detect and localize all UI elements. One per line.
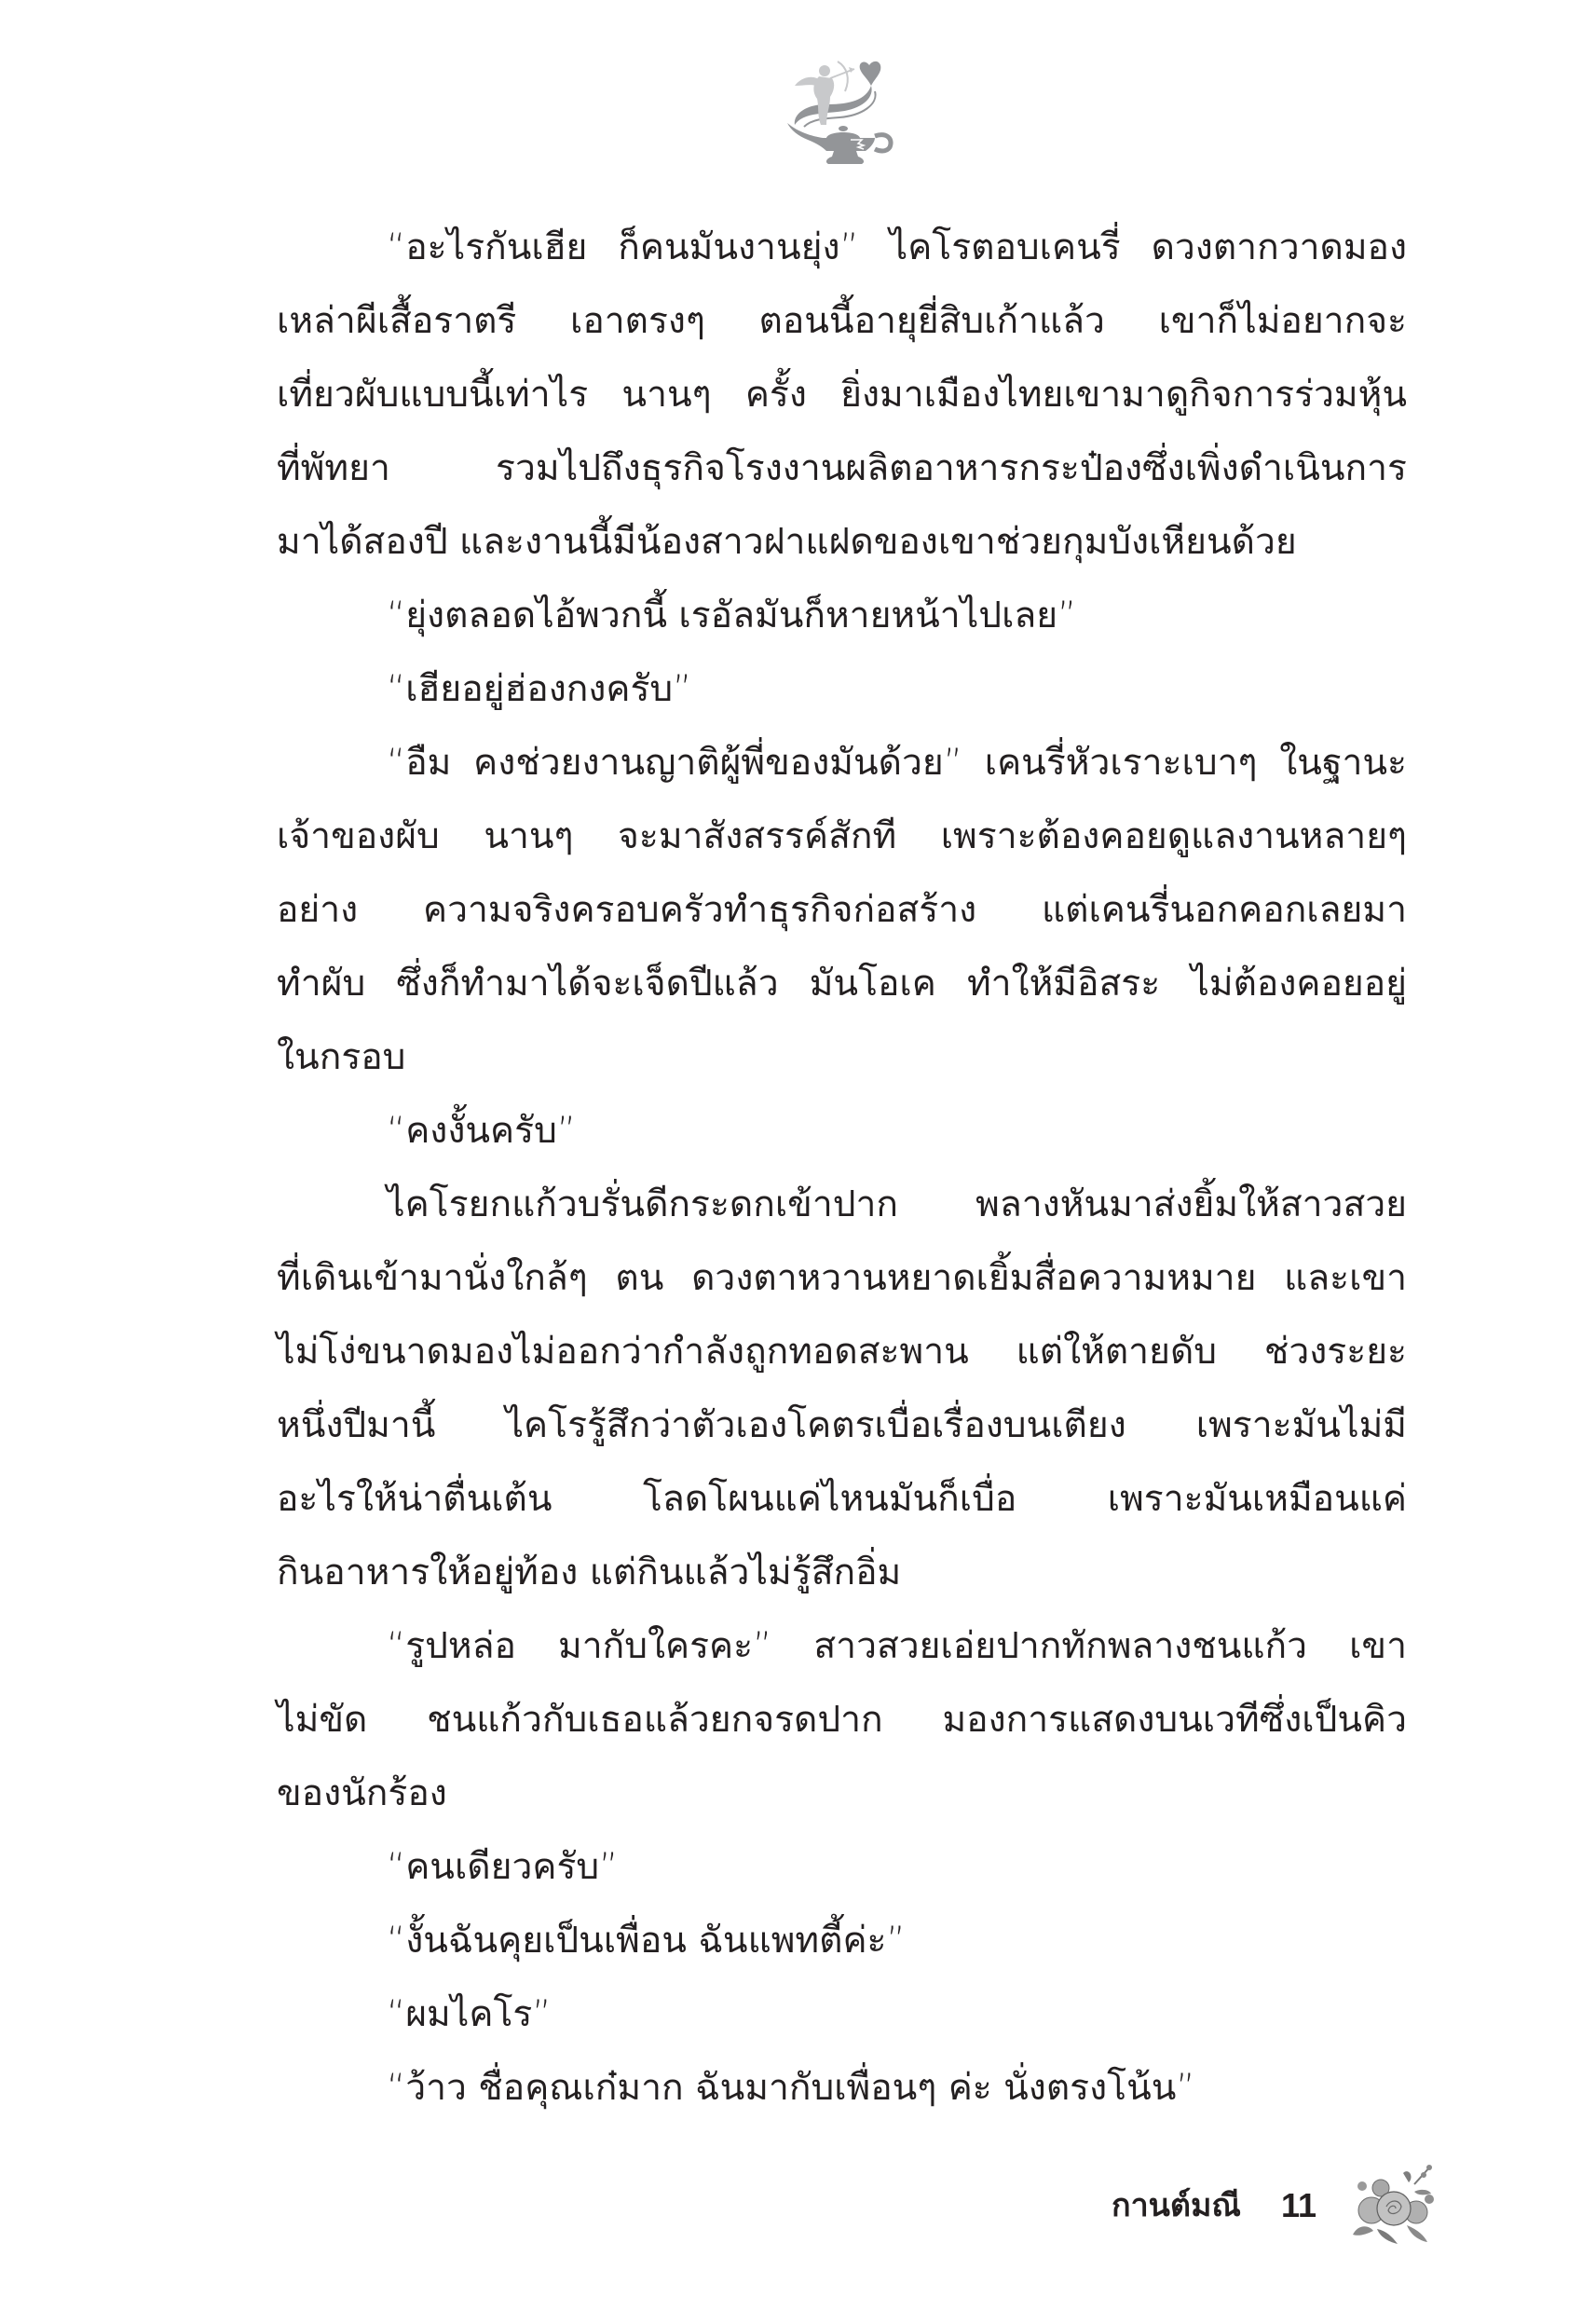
- book-title: กานต์มณี: [1112, 2183, 1241, 2228]
- paragraph-line: “อะไรกันเฮีย ก็คนมันงานยุ่ง” ไคโรตอบเคนร…: [277, 211, 1407, 284]
- paragraph-line: ไคโรยกแก้วบรั่นดีกระดกเข้าปาก พลางหันมาส…: [277, 1168, 1407, 1241]
- paragraph-line: เที่ยวผับแบบนี้เท่าไร นานๆ ครั้ง ยิ่งมาเ…: [277, 358, 1407, 431]
- dialogue-line: “เฮียอยู่ฮ่องกงครับ”: [277, 652, 1407, 726]
- paragraph-line: เหล่าผีเสื้อราตรี เอาตรงๆ ตอนนี้อายุยี่ส…: [277, 284, 1407, 358]
- dialogue-line: “ว้าว ชื่อคุณเก๋มาก ฉันมากับเพื่อนๆ ค่ะ …: [277, 2051, 1407, 2125]
- paragraph-line: หนึ่งปีมานี้ ไคโรรู้สึกว่าตัวเองโคตรเบื่…: [277, 1388, 1407, 1462]
- paragraph-line: “อืม คงช่วยงานญาติผู้พี่ของมันด้วย” เคนร…: [277, 726, 1407, 800]
- rose-bouquet-icon: [1349, 2164, 1439, 2248]
- dialogue-line: “คงงั้นครับ”: [277, 1094, 1407, 1168]
- dialogue-line: “ยุ่งตลอดไอ้พวกนี้ เรอัลมันก็หายหน้าไปเล…: [277, 579, 1407, 652]
- paragraph-line: มาได้สองปี และงานนี้มีน้องสาวฝาแฝดของเขา…: [277, 505, 1407, 579]
- paragraph-line: ไม่ขัด ชนแก้วกับเธอแล้วยกจรดปาก มองการแส…: [277, 1683, 1407, 1757]
- paragraph-line: ไม่โง่ขนาดมองไม่ออกว่ากำลังถูกทอดสะพาน แ…: [277, 1315, 1407, 1388]
- dialogue-line: “คนเดียวครับ”: [277, 1830, 1407, 1904]
- cupid-magic-lamp-icon: [785, 58, 895, 170]
- paragraph-line: ทำผับ ซึ่งก็ทำมาได้จะเจ็ดปีแล้ว มันโอเค …: [277, 947, 1407, 1020]
- paragraph-line: ของนักร้อง: [277, 1757, 1407, 1830]
- page-number: 11: [1281, 2183, 1316, 2228]
- paragraph-line: เจ้าของผับ นานๆ จะมาสังสรรค์สักที เพราะต…: [277, 800, 1407, 873]
- paragraph-line: อย่าง ความจริงครอบครัวทำธุรกิจก่อสร้าง แ…: [277, 873, 1407, 947]
- paragraph-line: ที่เดินเข้ามานั่งใกล้ๆ ตน ดวงตาหวานหยาดเ…: [277, 1241, 1407, 1315]
- book-page: “อะไรกันเฮีย ก็คนมันงานยุ่ง” ไคโรตอบเคนร…: [0, 0, 1596, 2311]
- paragraph-line: อะไรให้น่าตื่นเต้น โลดโผนแค่ไหนมันก็เบื่…: [277, 1462, 1407, 1536]
- paragraph-line: “รูปหล่อ มากับใครคะ” สาวสวยเอ่ยปากทักพลา…: [277, 1609, 1407, 1683]
- paragraph-line: กินอาหารให้อยู่ท้อง แต่กินแล้วไม่รู้สึกอ…: [277, 1536, 1407, 1609]
- dialogue-line: “งั้นฉันคุยเป็นเพื่อน ฉันแพทตี้ค่ะ”: [277, 1904, 1407, 1977]
- dialogue-line: “ผมไคโร”: [277, 1977, 1407, 2051]
- paragraph-line: ในกรอบ: [277, 1020, 1407, 1094]
- paragraph-line: ที่พัทยา รวมไปถึงธุรกิจโรงงานผลิตอาหารกร…: [277, 431, 1407, 505]
